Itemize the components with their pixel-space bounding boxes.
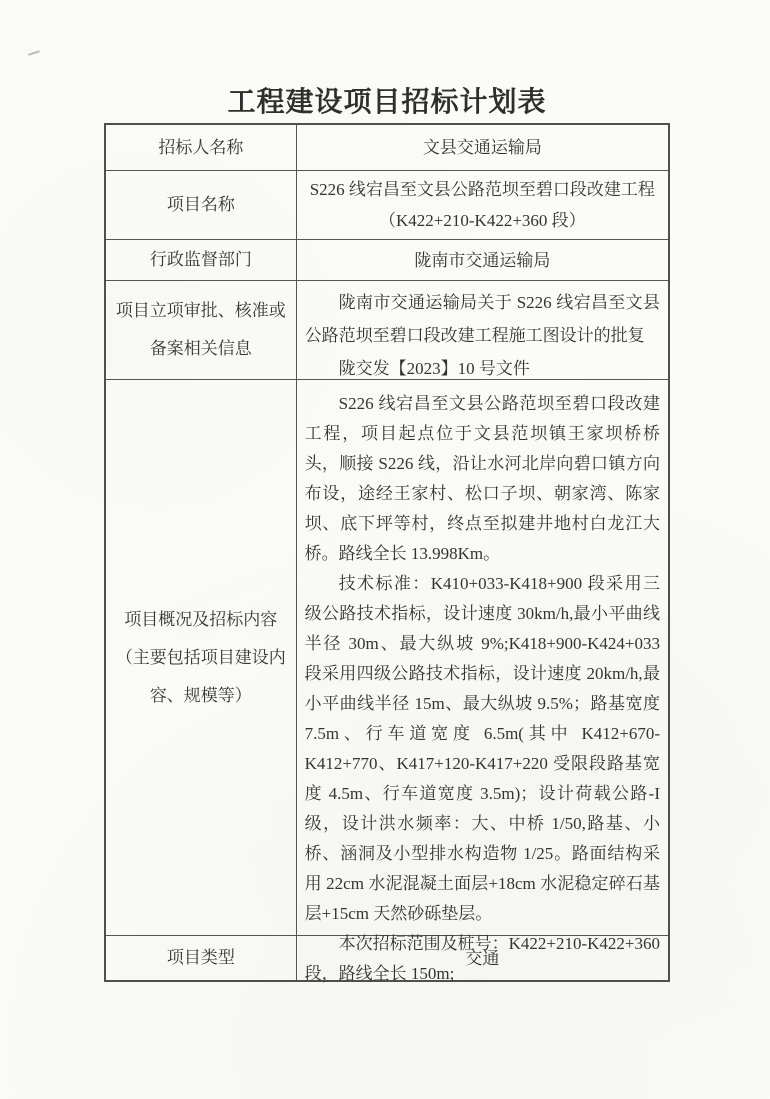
row-label-approval-info: 项目立项审批、核准或备案相关信息	[106, 281, 297, 379]
row-label-project-overview: 项目概况及招标内容（主要包括项目建设内容、规模等）	[106, 380, 297, 935]
project-overview-paragraph-2: 技术标准：K410+033-K418+900 段采用三级公路技术指标，设计速度 …	[305, 569, 660, 929]
page-title: 工程建设项目招标计划表	[104, 80, 670, 120]
table-row-supervising-department: 行政监督部门 陇南市交通运输局	[106, 239, 668, 280]
row-value-project-name-line-1: S226 线宕昌至文县公路范坝至碧口段改建工程	[310, 174, 655, 205]
row-label-supervising-department: 行政监督部门	[106, 240, 297, 280]
table-row-project-overview: 项目概况及招标内容（主要包括项目建设内容、规模等） S226 线宕昌至文县公路范…	[106, 379, 668, 935]
row-value-bidder-name: 文县交通运输局	[423, 132, 542, 163]
project-overview-paragraph-1: S226 线宕昌至文县公路范坝至碧口段改建工程，项目起点位于文县范坝镇王家坝桥桥…	[305, 389, 660, 569]
table-row-bidder-name: 招标人名称 文县交通运输局	[106, 125, 668, 170]
row-label-project-type: 项目类型	[106, 936, 297, 980]
scan-artifact-mark	[28, 50, 40, 56]
row-label-bidder-name: 招标人名称	[106, 125, 297, 170]
scanned-document-page: 工程建设项目招标计划表 招标人名称 文县交通运输局 项目名称 S226 线宕昌至…	[0, 0, 770, 1099]
table-row-project-type: 项目类型 交通	[106, 935, 668, 980]
table-row-approval-info: 项目立项审批、核准或备案相关信息 陇南市交通运输局关于 S226 线宕昌至文县公…	[106, 280, 668, 379]
row-value-project-type: 交通	[465, 943, 499, 974]
table-row-project-name: 项目名称 S226 线宕昌至文县公路范坝至碧口段改建工程 （K422+210-K…	[106, 170, 668, 239]
row-value-supervising-department: 陇南市交通运输局	[414, 245, 550, 276]
bidding-plan-table: 招标人名称 文县交通运输局 项目名称 S226 线宕昌至文县公路范坝至碧口段改建…	[104, 123, 670, 982]
approval-info-paragraph-1: 陇南市交通运输局关于 S226 线宕昌至文县公路范坝至碧口段改建工程施工图设计的…	[305, 286, 660, 352]
row-label-project-name: 项目名称	[106, 171, 297, 239]
row-value-project-name-line-2: （K422+210-K422+360 段）	[379, 205, 586, 236]
